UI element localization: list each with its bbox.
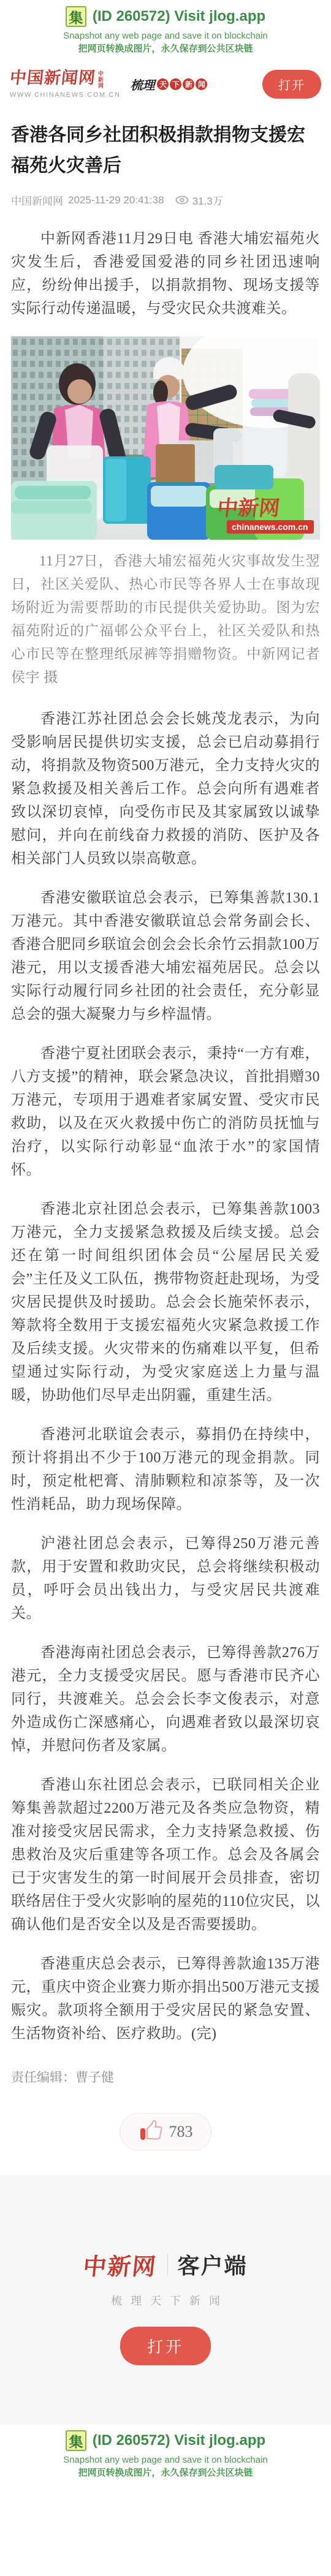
- article-paragraph: 香港宁夏社团联会表示，秉持“一方有难，八方支援”的精神，联会紧急决议，首批捐赠3…: [11, 1042, 320, 1182]
- promo-banner-bottom[interactable]: 集 (ID 260572) Visit jlog.app Snapshot an…: [0, 2424, 331, 2487]
- jlog-logo-icon: 集: [66, 6, 86, 27]
- article-paragraph: 香港山东社团总会表示，已联同相关企业筹集善款超过2200万港元及各类应急物资，精…: [11, 1773, 320, 1936]
- site-header: 中国新闻网 中新网 WWW.CHINANEWS.COM.CN 梳理 天下新闻 打…: [0, 62, 331, 105]
- article-photo: 中新网 chinanews.com.cn: [11, 336, 320, 540]
- like-button[interactable]: 783: [120, 2113, 211, 2151]
- tagline-badge: 闻: [196, 78, 207, 90]
- article-paragraph: 香港安徽联谊总会表示，已筹集善款130.1万港元。其中香港安徽联谊总会常务副会长…: [11, 886, 320, 1026]
- article-meta: 中国新闻网 2025-11-29 20:41:38 31.3万: [11, 192, 320, 208]
- photo-watermark-logo: 中新网: [216, 497, 281, 520]
- tagline-prefix: 梳理: [130, 75, 154, 93]
- chinanews-logo-side-text: 中新网: [97, 70, 103, 89]
- promo-banner-top[interactable]: 集 (ID 260572) Visit jlog.app Snapshot an…: [0, 0, 331, 62]
- footer-chinanews-logo: 中新网: [82, 2248, 159, 2281]
- chinanews-url: WWW.CHINANEWS.COM.CN: [10, 92, 120, 99]
- footer-divider: [167, 2254, 168, 2276]
- promo-title[interactable]: (ID 260572) Visit jlog.app: [93, 8, 265, 25]
- editor-line: 责任编辑：曹子健: [11, 2068, 320, 2086]
- eye-icon: [175, 195, 189, 205]
- article-source: 中国新闻网: [11, 192, 63, 208]
- article-body: 香港江苏社团总会会长姚茂龙表示，为向受影响居民提供切实支援，总会已启动募捐行动，…: [11, 708, 320, 2045]
- footer-app-label: 客户端: [178, 2249, 248, 2280]
- footer-tagline: 梳理天下新闻: [0, 2292, 331, 2308]
- photo-caption: 11月27日，香港大埔宏福苑火灾事故发生翌日，社区关爱队、热心市民等各界人士在事…: [11, 550, 320, 689]
- promo-title[interactable]: (ID 260572) Visit jlog.app: [93, 2432, 265, 2449]
- chinanews-logo[interactable]: 中国新闻网 中新网 WWW.CHINANEWS.COM.CN: [10, 70, 120, 99]
- photo-illustration: 中新网 chinanews.com.cn: [11, 336, 320, 540]
- article-paragraph: 香港重庆总会表示，已筹得善款逾135万港元，重庆中资企业赛力斯亦捐出500万港元…: [11, 1952, 320, 2045]
- article-title: 香港各同乡社团积极捐款捐物支援宏福苑火灾善后: [11, 120, 320, 181]
- tagline-badge: 新: [183, 78, 194, 90]
- article-paragraph: 中新网香港11月29日电 香港大埔宏福苑火灾发生后，香港爱国爱港的同乡社团迅速响…: [11, 227, 320, 320]
- header-tagline: 梳理 天下新闻: [130, 75, 207, 93]
- promo-subtitle-zh: 把网页转换成图片，永久保存到公共区块链: [0, 42, 331, 55]
- article-paragraph: 沪港社团总会表示，已筹得250万港元善款，用于安置和救助灾民，总会将继续积极动员…: [11, 1532, 320, 1625]
- promo-subtitle-zh: 把网页转换成图片，永久保存到公共区块链: [0, 2466, 331, 2479]
- jlog-logo-icon: 集: [66, 2430, 86, 2451]
- open-app-button-header[interactable]: 打开: [262, 70, 321, 99]
- photo-watermark-url: chinanews.com.cn: [232, 522, 308, 532]
- article-paragraph: 香港北京社团总会表示，已筹集善款1003万港元，全力支援紧急救援及后续支援。总会…: [11, 1198, 320, 1407]
- article-paragraph: 香港海南社团总会表示，已筹得善款276万港元，全力支援受灾居民。愿与香港市民齐心…: [11, 1641, 320, 1758]
- chinanews-logo-text: 中国新闻网: [9, 70, 97, 86]
- tagline-badge: 天: [157, 78, 169, 90]
- article-paragraph: 香港河北联谊会表示，募捐仍在持续中，预计将捐出不少于100万港元的现金捐款。同时…: [11, 1423, 320, 1516]
- open-app-button-footer[interactable]: 打开: [120, 2327, 211, 2365]
- article-paragraph: 香港江苏社团总会会长姚茂龙表示，为向受影响居民提供切实支援，总会已启动募捐行动，…: [11, 708, 320, 871]
- thumbs-up-icon: [139, 2120, 163, 2145]
- tagline-badges: 天下新闻: [157, 78, 207, 90]
- article-datetime: 2025-11-29 20:41:38: [68, 194, 164, 206]
- app-footer: 中新网 客户端 梳理天下新闻 打开: [0, 2175, 331, 2424]
- article: 香港各同乡社团积极捐款捐物支援宏福苑火灾善后 中国新闻网 2025-11-29 …: [0, 120, 331, 2151]
- promo-subtitle-en: Snapshot any web page and save it on blo…: [0, 2453, 331, 2466]
- promo-subtitle-en: Snapshot any web page and save it on blo…: [0, 29, 331, 42]
- like-count: 783: [169, 2123, 193, 2141]
- tagline-badge: 下: [170, 78, 181, 90]
- view-count: 31.3万: [192, 192, 223, 208]
